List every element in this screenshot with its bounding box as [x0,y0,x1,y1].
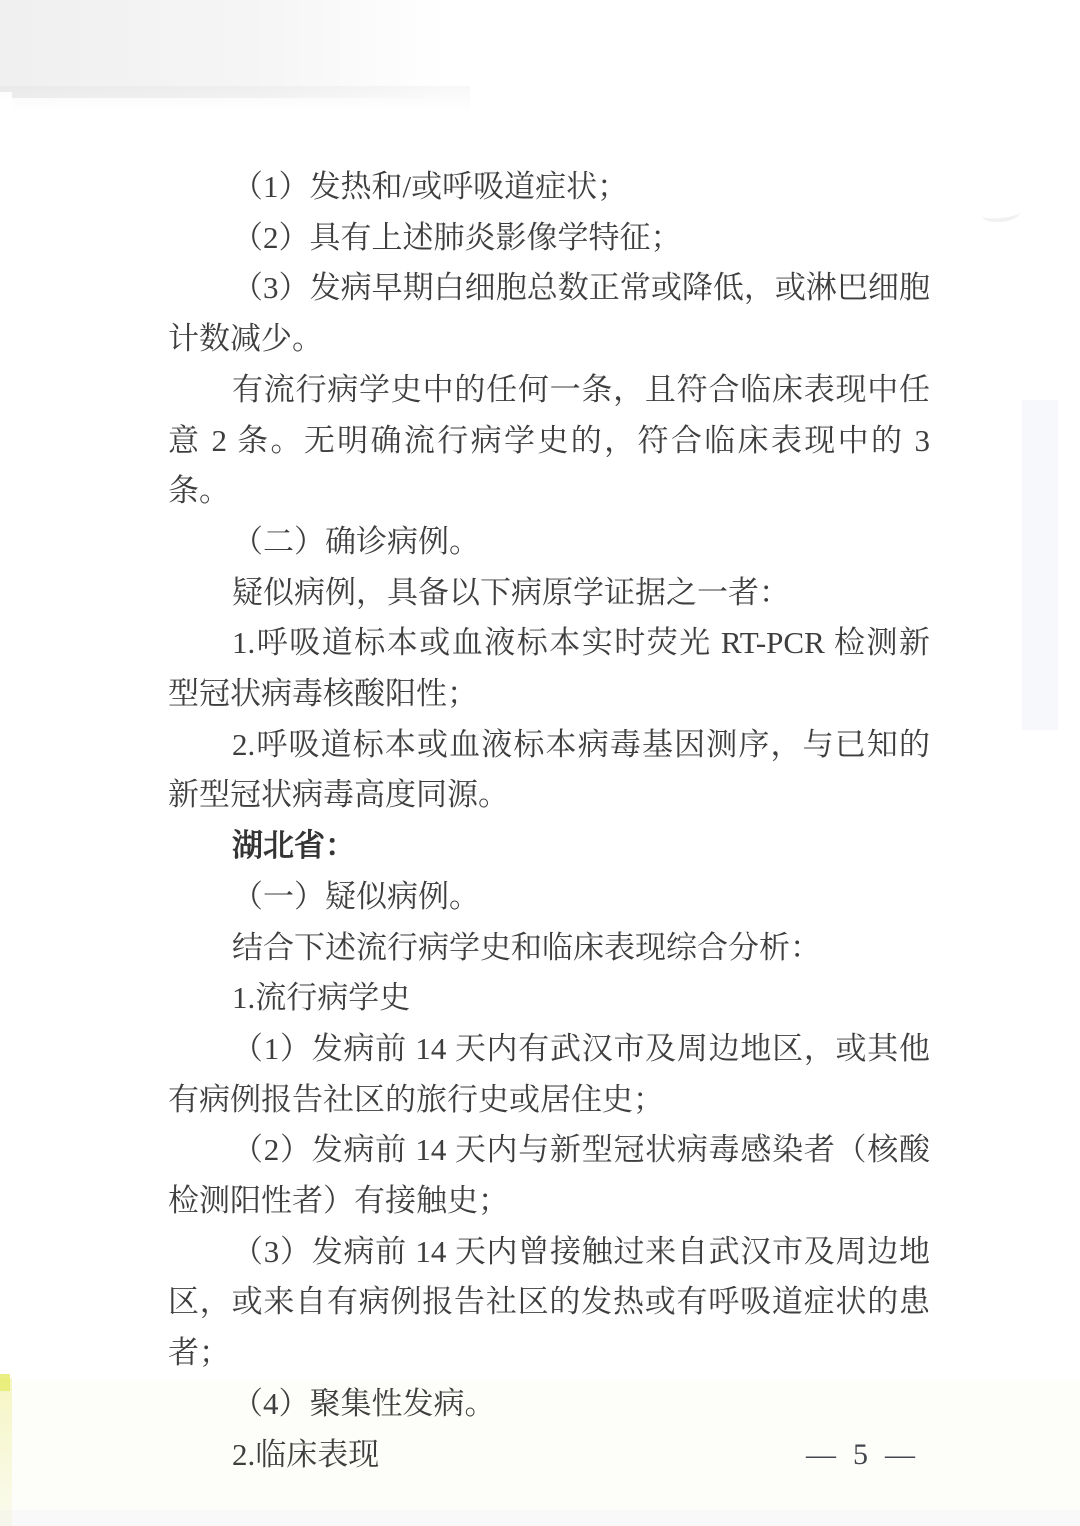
paragraph-epi-item-4: （4）聚集性发病。 [168,1379,930,1430]
page-footer: — 5 — [806,1438,915,1472]
paragraph-epi-item-1: （1）发病前 14 天内有武汉市及周边地区，或其他有病例报告社区的旅行史或居住史… [168,1024,930,1125]
heading-hubei-province: 湖北省： [168,821,930,872]
document-body: （1）发热和/或呼吸道症状； （2）具有上述肺炎影像学特征； （3）发病早期白细… [168,162,930,1480]
paragraph-clinical-item-2: （2）具有上述肺炎影像学特征； [168,213,930,264]
scan-yellow-edge-tick [0,1374,10,1391]
scan-yellow-edge-strip [0,1378,12,1526]
paragraph-evidence-1: 1.呼吸道标本或血液标本实时荧光 RT-PCR 检测新型冠状病毒核酸阳性； [168,618,930,719]
scan-tone-band-right [1022,400,1058,730]
scan-left-edge-highlight [0,92,12,392]
scan-smudge-mark [981,204,1020,224]
scan-shadow-top-left-fade [0,86,470,112]
scan-shadow-top-left [0,0,470,98]
paragraph-suspected-intro: 结合下述流行病学史和临床表现综合分析： [168,923,930,974]
footer-dash-left: — [806,1438,836,1472]
paragraph-confirmed-intro: 疑似病例，具备以下病原学证据之一者： [168,568,930,619]
footer-dash-right: — [885,1438,915,1472]
paragraph-clinical-item-3: （3）发病早期白细胞总数正常或降低，或淋巴细胞计数减少。 [168,263,930,364]
heading-epi-history: 1.流行病学史 [168,973,930,1024]
paragraph-epi-item-2: （2）发病前 14 天内与新型冠状病毒感染者（核酸检测阳性者）有接触史； [168,1125,930,1226]
paragraph-epi-item-3: （3）发病前 14 天内曾接触过来自武汉市及周边地区，或来自有病例报告社区的发热… [168,1227,930,1379]
paragraph-suspected-rule: 有流行病学史中的任何一条，且符合临床表现中任意 2 条。无明确流行病学史的，符合… [168,365,930,517]
scan-bottom-edge-shadow [0,1510,1080,1526]
page-number: 5 [853,1438,868,1472]
heading-suspected-case: （一）疑似病例。 [168,872,930,923]
paragraph-evidence-2: 2.呼吸道标本或血液标本病毒基因测序，与已知的新型冠状病毒高度同源。 [168,720,930,821]
paragraph-clinical-item-1: （1）发热和/或呼吸道症状； [168,162,930,213]
scanned-document-page: （1）发热和/或呼吸道症状； （2）具有上述肺炎影像学特征； （3）发病早期白细… [0,0,1080,1526]
heading-confirmed-case: （二）确诊病例。 [168,517,930,568]
